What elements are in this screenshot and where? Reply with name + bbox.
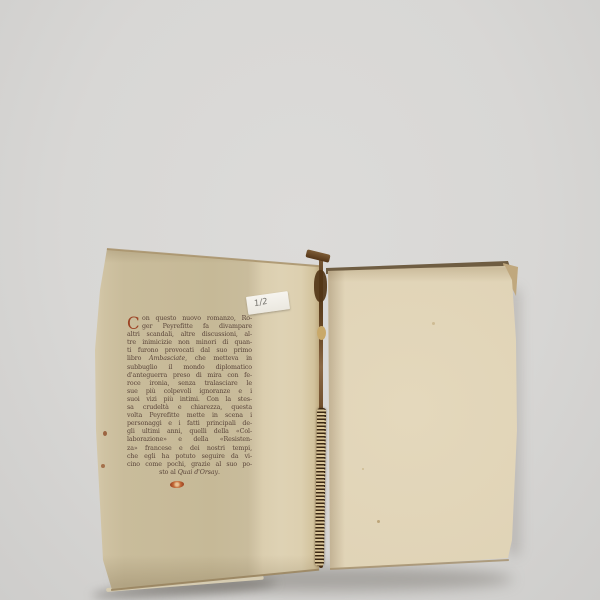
flap-text-line: subbuglio il mondo diplomatico (127, 364, 252, 372)
binding-stitches (315, 408, 326, 566)
spine-damage-blob (314, 270, 327, 302)
flap-text-line: laborazione» e della «Resisten- (127, 436, 252, 444)
spine-head-fragment (305, 249, 330, 263)
foxing-speck (432, 322, 435, 325)
foxing-speck (377, 520, 380, 523)
flap-text-line: roce ironia, senza tralasciare le (127, 380, 252, 388)
flap-text-line: ger Peyrefitte fa divampare (142, 323, 252, 331)
flap-text-line: ti furono provocati dal suo primo (127, 347, 252, 355)
stain-spot (101, 464, 105, 468)
flap-text-line: cino come pochi, grazie al suo po- (127, 461, 252, 469)
flap-text-line: sto al Quai d'Orsay. (127, 469, 252, 477)
flap-text-line: on questo nuovo romanzo, Ro- (142, 315, 252, 323)
flap-text-line: altri scandali, altre discussioni, al- (127, 331, 252, 339)
flap-text-line: tre inimicizie non minori di quan- (127, 339, 252, 347)
flap-text-line: libro Ambasciate, che metteva in (127, 355, 252, 363)
flap-blurb-text: C on questo nuovo romanzo, Ro-ger Peyref… (127, 315, 252, 477)
flap-text-line: che egli ha potuto seguire da vi- (127, 453, 252, 461)
flap-text-line: suoi vizi più intimi. Con la stes- (127, 396, 252, 404)
spine-tear (317, 326, 326, 340)
flap-text-line: d'anteguerra preso di mira con fe- (127, 372, 252, 380)
stain-spot (103, 431, 107, 436)
flap-text-line: volta Peyrefitte mette in scena i (127, 412, 252, 420)
flap-text-line: sa crudeltà e chiarezza, questa (127, 404, 252, 412)
flap-text-line: personaggi e i fatti principali de- (127, 420, 252, 428)
drop-cap: C (127, 316, 140, 332)
sticker-label: 1/2 (254, 297, 268, 310)
foxing-speck (362, 468, 364, 470)
flap-text-line: za» francese e dei nostri tempi, (127, 445, 252, 453)
flap-text-line: gli ultimi anni, quelli della «Col- (127, 428, 252, 436)
book-photo-scene: 1/2 C on questo nuovo romanzo, Ro-ger Pe… (0, 0, 600, 600)
flap-text-line: sue più colpevoli ignoranze e i (127, 388, 252, 396)
